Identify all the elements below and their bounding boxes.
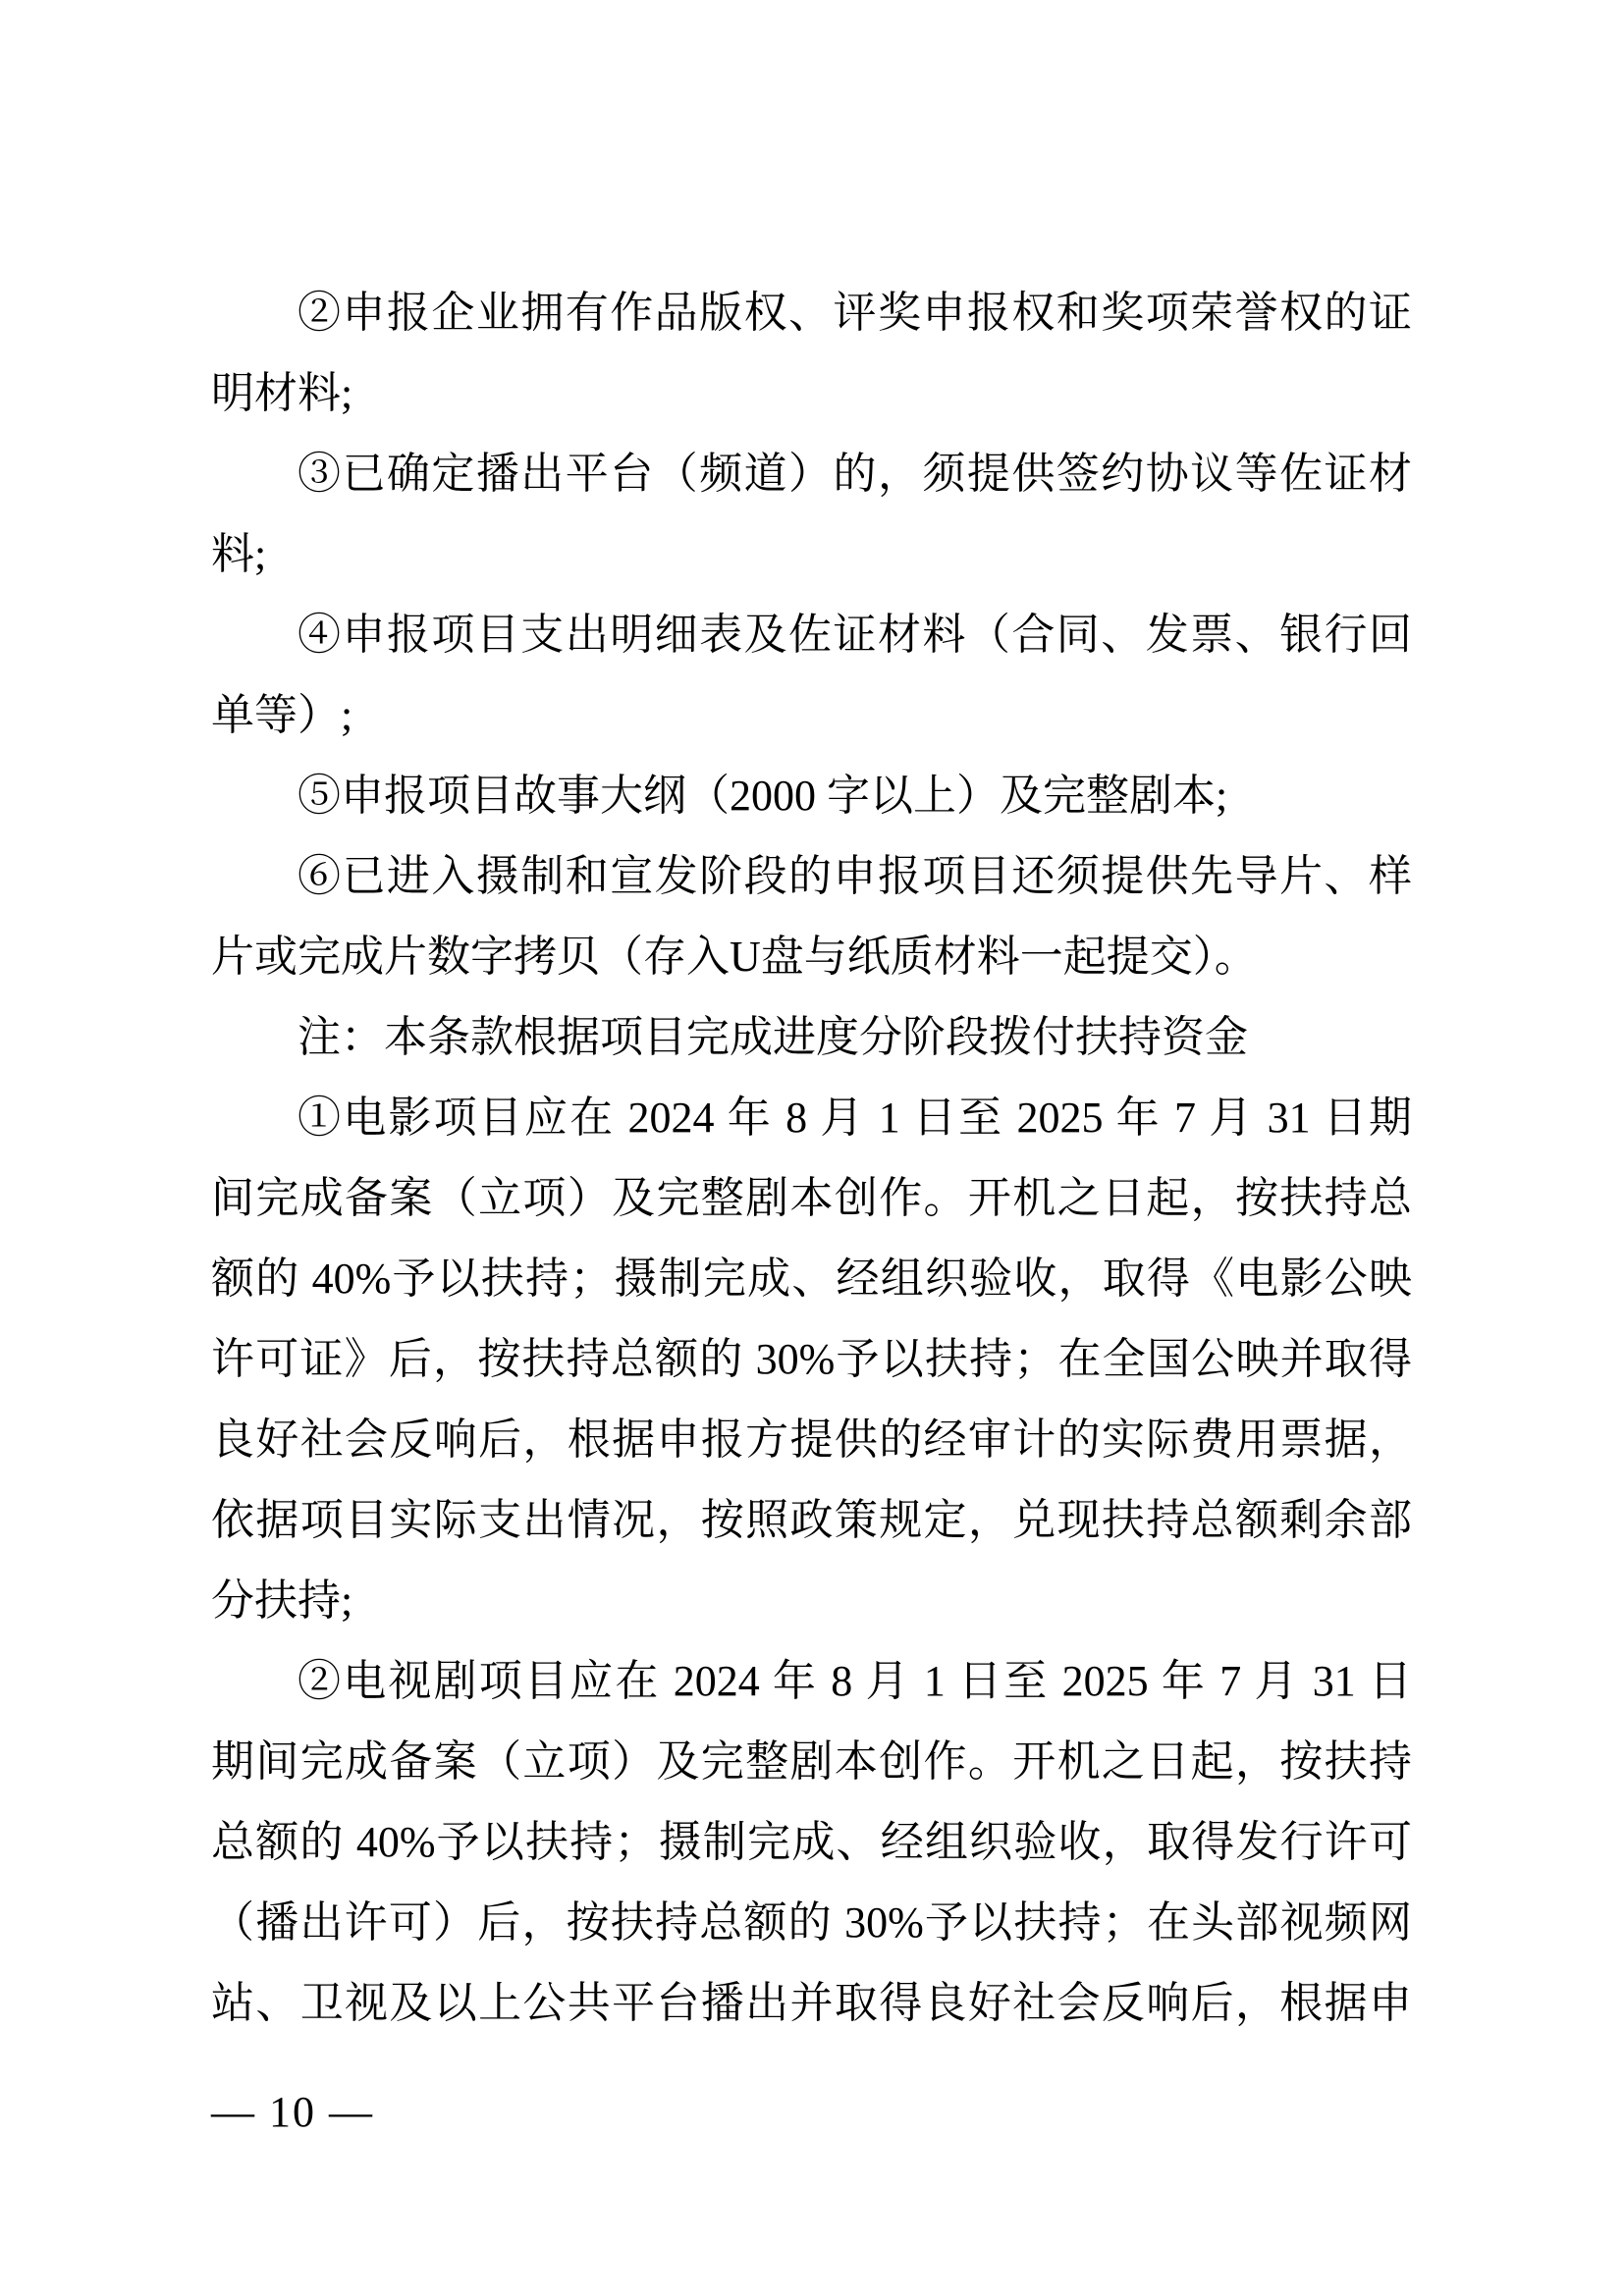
text-line: 明材料; — [211, 353, 1412, 434]
text-line: ②申报企业拥有作品版权、评奖申报权和奖项荣誉权的证 — [211, 273, 1412, 353]
text-line: ③已确定播出平台（频道）的，须提供签约协议等佐证材 — [211, 434, 1412, 514]
text-line: （播出许可）后，按扶持总额的 30%予以扶持；在头部视频网 — [211, 1883, 1412, 1963]
text-line: 片或完成片数字拷贝（存入U盘与纸质材料一起提交）。 — [211, 917, 1412, 997]
text-line: 料; — [211, 514, 1412, 595]
text-line: 注：本条款根据项目完成进度分阶段拨付扶持资金 — [211, 997, 1412, 1078]
text-line: 分扶持; — [211, 1561, 1412, 1641]
text-line: 依据项目实际支出情况，按照政策规定，兑现扶持总额剩余部 — [211, 1480, 1412, 1561]
text-line: ④申报项目支出明细表及佐证材料（合同、发票、银行回 — [211, 595, 1412, 675]
text-line: 良好社会反响后，根据申报方提供的经审计的实际费用票据， — [211, 1400, 1412, 1480]
text-line: ⑤申报项目故事大纲（2000 字以上）及完整剧本; — [211, 756, 1412, 836]
text-line: 期间完成备案（立项）及完整剧本创作。开机之日起，按扶持 — [211, 1722, 1412, 1802]
text-line: ⑥已进入摄制和宣发阶段的申报项目还须提供先导片、样 — [211, 836, 1412, 917]
text-line: 站、卫视及以上公共平台播出并取得良好社会反响后，根据申 — [211, 1963, 1412, 2044]
text-line: 总额的 40%予以扶持；摄制完成、经组织验收，取得发行许可 — [211, 1802, 1412, 1883]
text-line: ②电视剧项目应在 2024 年 8 月 1 日至 2025 年 7 月 31 日 — [211, 1641, 1412, 1722]
document-body: ②申报企业拥有作品版权、评奖申报权和奖项荣誉权的证 明材料; ③已确定播出平台（… — [211, 273, 1412, 2044]
document-page: ②申报企业拥有作品版权、评奖申报权和奖项荣誉权的证 明材料; ③已确定播出平台（… — [0, 0, 1624, 2296]
text-line: 额的 40%予以扶持；摄制完成、经组织验收，取得《电影公映 — [211, 1239, 1412, 1319]
text-line: 间完成备案（立项）及完整剧本创作。开机之日起，按扶持总 — [211, 1158, 1412, 1239]
text-line: 单等）; — [211, 675, 1412, 756]
text-line: ①电影项目应在 2024 年 8 月 1 日至 2025 年 7 月 31 日期 — [211, 1078, 1412, 1158]
text-line: 许可证》后，按扶持总额的 30%予以扶持；在全国公映并取得 — [211, 1319, 1412, 1400]
page-number: — 10 — — [211, 2083, 374, 2142]
